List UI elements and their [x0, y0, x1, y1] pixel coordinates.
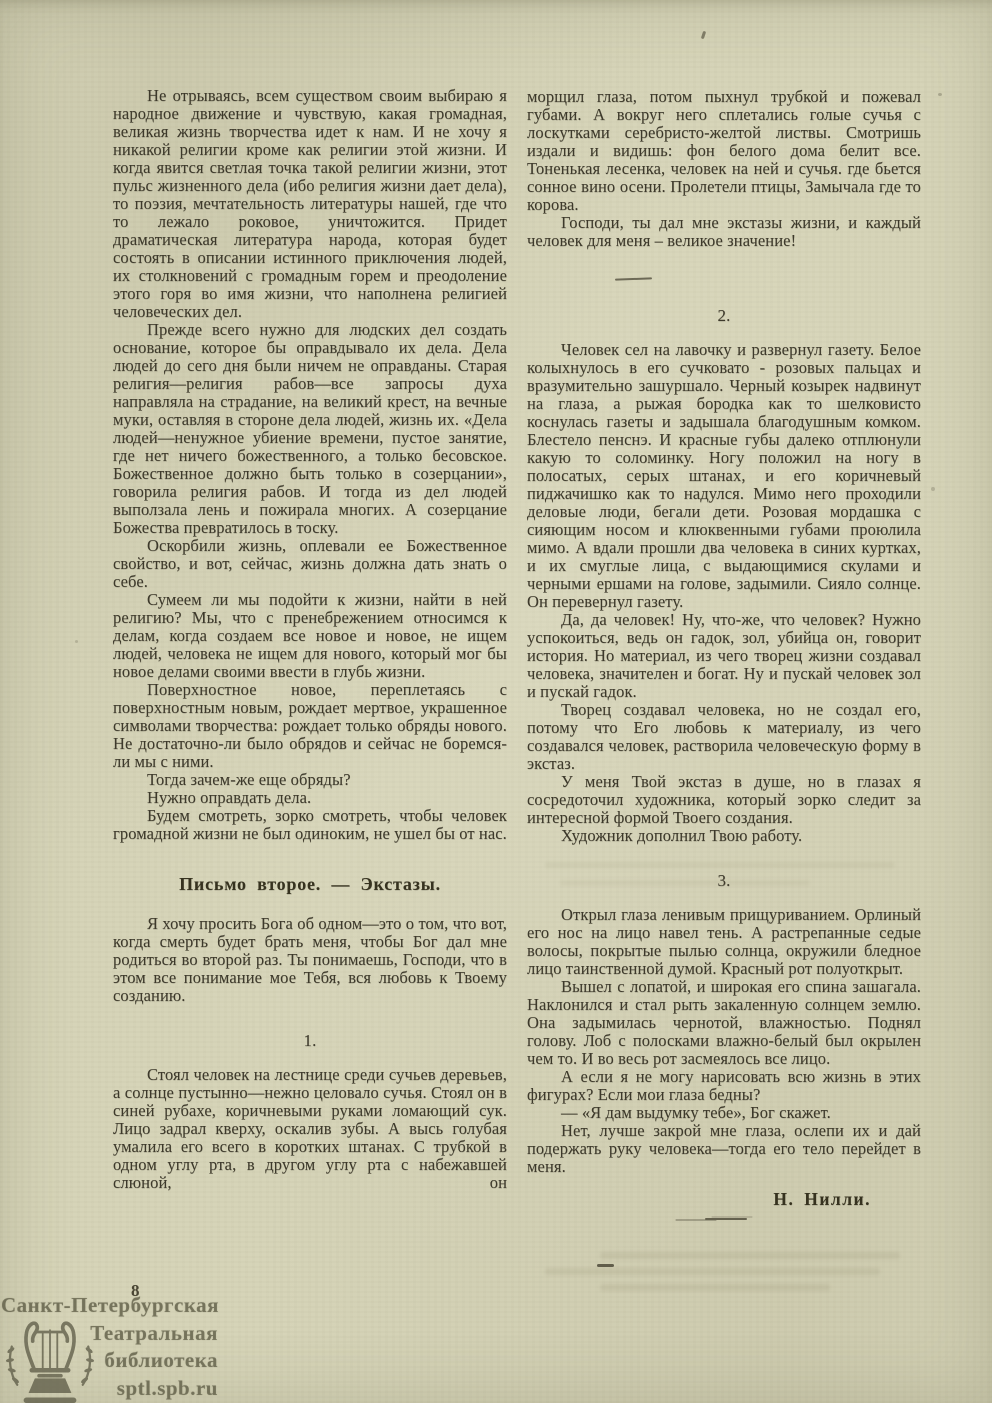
paragraph: Не отрываясь, всем существом своим выбир…: [113, 87, 507, 321]
bleedthrough-smudge: [545, 1268, 880, 1275]
paper-speck: [931, 487, 935, 491]
paragraph: Будем смотреть, зорко смотреть, чтобы че…: [113, 807, 507, 843]
paragraph: У меня Твой экстаз в душе, но в глазах я…: [527, 773, 921, 827]
paragraph: А если я не могу нарисовать всю жизнь в …: [527, 1068, 921, 1104]
letter-heading: Письмо второе. — Экстазы.: [113, 873, 507, 895]
paragraph: Художник дополнил Твою работу.: [527, 827, 921, 845]
paragraph: Сумеем ли мы подойти к жизни, найти в не…: [113, 591, 507, 681]
bleedthrough-smudge: [600, 1284, 830, 1291]
paragraph-continuation: морщил глаза, потом пыхнул трубкой и пож…: [527, 88, 921, 214]
paragraph: Оскорбили жизнь, оплевали ее Божественно…: [113, 537, 507, 591]
paper-speck: [75, 640, 78, 643]
scanned-page: Не отрываясь, всем существом своим выбир…: [0, 0, 992, 1403]
bleedthrough-smudge: [600, 1252, 900, 1259]
watermark-line: sptl.spb.ru: [0, 1375, 218, 1403]
lyre-logo-icon: [4, 1312, 96, 1403]
paragraph: Творец создавал человека, но не создал е…: [527, 701, 921, 773]
paragraph: Открыл глаза ленивым прищуриванием. Орли…: [527, 906, 921, 978]
page-number: 8: [131, 1281, 140, 1301]
bleedthrough-smudge: [560, 880, 810, 886]
library-watermark: Санкт-Петербургская Театральная библиоте…: [0, 1276, 232, 1403]
watermark-line: библиотека: [0, 1347, 218, 1375]
paragraph: Я хочу просить Бога об одном—это о том, …: [113, 915, 507, 1005]
paragraph: Нет, лучше закрой мне глаза, ослепи их и…: [527, 1122, 921, 1176]
section-number: 2.: [527, 306, 921, 326]
paragraph: Прежде всего нужно для людских дел созда…: [113, 321, 507, 537]
paragraph: Поверхностное новое, переплетаясь с пове…: [113, 681, 507, 771]
paragraph: Да, да человек! Ну, что-же, что человек?…: [527, 611, 921, 701]
signature-flourish: [705, 1218, 747, 1220]
right-column: морщил глаза, потом пыхнул трубкой и пож…: [527, 0, 921, 1267]
paragraph: Стоял человек на лестнице среди сучьев д…: [113, 1066, 507, 1192]
left-column: Не отрываясь, всем существом своим выбир…: [113, 0, 507, 1192]
paragraph: Человек сел на лавочку и развернул газет…: [527, 341, 921, 611]
paragraph: Вышел с лопатой, и широкая его спина заш…: [527, 978, 921, 1068]
paragraph: — «Я дам выдумку тебе», Бог скажет.: [527, 1104, 921, 1122]
paragraph: Нужно оправдать дела.: [113, 789, 507, 807]
section-number: 1.: [113, 1031, 507, 1051]
watermark-line: Театральная: [0, 1320, 218, 1348]
bleedthrough-smudge: [545, 862, 895, 868]
paragraph: Тогда зачем-же еще обряды?: [113, 771, 507, 789]
paragraph: Господи, ты дал мне экстазы жизни, и каж…: [527, 214, 921, 250]
separator-dash: [597, 1264, 614, 1267]
watermark-text: Санкт-Петербургская Театральная библиоте…: [0, 1292, 218, 1402]
author-signature: Н. Нилли.: [527, 1190, 921, 1208]
paper-speck: [938, 93, 942, 96]
watermark-line: Санкт-Петербургская: [0, 1292, 219, 1320]
separator-dash: [615, 277, 652, 280]
